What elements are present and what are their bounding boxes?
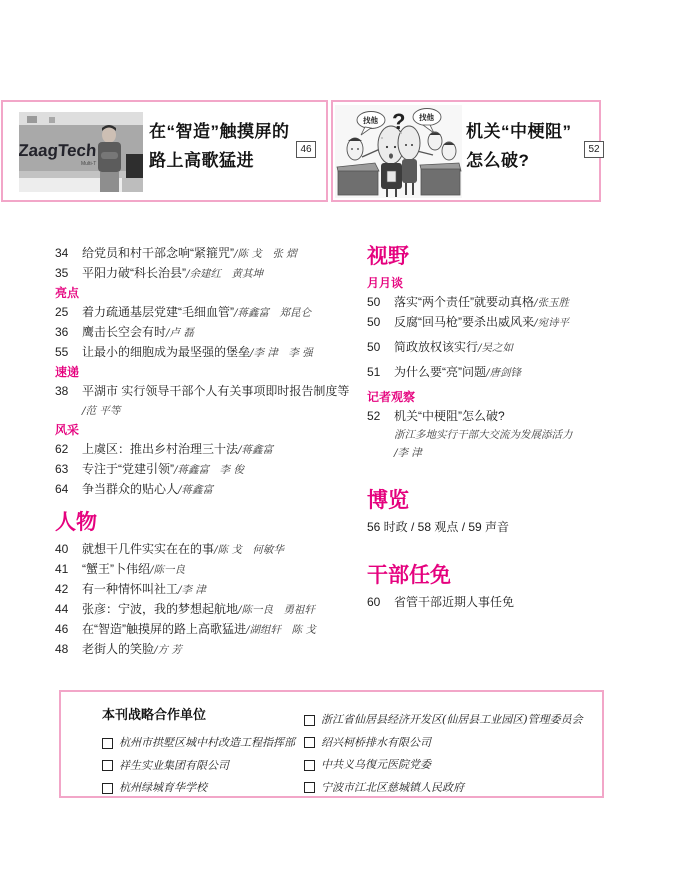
section-header-bolan: 博览 (367, 488, 603, 514)
item-title: 有一种情怀叫社工 (82, 582, 178, 596)
page-number-badge-52: 52 (584, 141, 604, 158)
toc-item-continuation: /范 平等 (55, 401, 361, 421)
item-title: 56 时政 / 58 观点 / 59 声音 (367, 520, 509, 534)
partner-name: 宁波市江北区慈城镇人民政府 (321, 777, 464, 800)
toc-item: 51 为什么要“亮”问题/唐剑锋 (367, 363, 603, 383)
item-authors: /陈一良 勇祖轩 (238, 604, 315, 616)
section-header-sudi: 速递 (55, 363, 361, 382)
section-header-renwu: 人物 (55, 510, 361, 536)
feature-cartoon-zhonggengzu: ? 找他 找他 (335, 105, 462, 198)
item-authors: /蒋鑫富 (178, 484, 213, 496)
feature-title-left-line1: 在“智造”触摸屏的 (149, 117, 290, 146)
partner-name: 祥生实业集团有限公司 (119, 755, 229, 778)
item-page-number: 36 (55, 323, 82, 342)
checkbox-icon (102, 783, 113, 794)
item-title: 省管干部近期人事任免 (394, 595, 514, 609)
partners-header: 本刊战略合作单位 (102, 704, 206, 723)
feature-box-right: ? 找他 找他 机关“中梗阻” 怎么破? 52 (331, 100, 601, 202)
partner-item: 绍兴柯桥排水有限公司 (304, 732, 583, 755)
toc-item: 50 反腐“回马枪”要杀出威风来/宛诗平 (367, 313, 603, 333)
item-authors: /宛诗平 (534, 317, 569, 329)
partner-item: 杭州市拱墅区城中村改造工程指挥部 (102, 732, 295, 755)
item-subtitle: 浙江多地实行干部大交流为发展添活力 (394, 426, 603, 444)
toc-item: 25 着力疏通基层党建“毛细血管”/蒋鑫富 郑昆仑 (55, 303, 361, 323)
checkbox-icon (304, 760, 315, 771)
toc-item: 62 上虞区：推出乡村治理三十法/蒋鑫富 (55, 440, 361, 460)
toc-item: 52 机关“中梗阻”怎么破? (367, 407, 603, 426)
feature-photo-zaagtech: ZaagTech Multi-T (19, 112, 143, 192)
toc-item: 60 省管干部近期人事任免 (367, 593, 603, 612)
toc-column-left: 34 给党员和村干部念响“紧箍咒”/陈 戈 张 熠 35 平阳力破“科长治县”/… (55, 244, 361, 660)
toc-column-right: 视野 月月谈 50 落实“两个责任”就要动真格/张玉胜 50 反腐“回马枪”要杀… (367, 244, 603, 612)
item-page-number: 62 (55, 440, 82, 459)
toc-item: 38 平湖市 实行领导干部个人有关事项即时报告制度等 (55, 382, 361, 401)
partner-item: 浙江省仙居县经济开发区(仙居县工业园区)管理委员会 (304, 709, 583, 732)
feature-title-right: 机关“中梗阻” 怎么破? (466, 117, 572, 175)
item-page-number: 35 (55, 264, 82, 283)
svg-text:找他: 找他 (419, 112, 434, 122)
section-header-shiye: 视野 (367, 244, 603, 270)
magazine-toc-page: ZaagTech Multi-T 在“智造”触摸屏的 路上高歌猛进 46 (0, 0, 683, 878)
item-page-number: 48 (55, 640, 82, 659)
toc-item: 56 时政 / 58 观点 / 59 声音 (367, 518, 603, 537)
item-page-number: 44 (55, 600, 82, 619)
item-authors: /蒋鑫富 李 俊 (174, 464, 244, 476)
item-page-number: 34 (55, 244, 82, 263)
item-authors: /陈一良 (150, 564, 185, 576)
item-title: 机关“中梗阻”怎么破? (394, 409, 505, 423)
item-title: 鹰击长空会有时 (82, 325, 166, 339)
item-title: 着力疏通基层党建“毛细血管” (82, 305, 234, 319)
partners-column-1: 杭州市拱墅区城中村改造工程指挥部 祥生实业集团有限公司 杭州绿城育华学校 (102, 732, 295, 800)
checkbox-icon (102, 760, 113, 771)
item-authors: /范 平等 (82, 405, 120, 417)
partner-item: 宁波市江北区慈城镇人民政府 (304, 777, 583, 800)
toc-item: 46 在“智造”触摸屏的路上高歌猛进/湖组轩 陈 戈 (55, 620, 361, 640)
partner-name: 杭州绿城育华学校 (119, 777, 207, 800)
item-page-number: 46 (55, 620, 82, 639)
toc-item: 50 简政放权该实行/吴之如 (367, 338, 603, 358)
item-title: 专注于“党建引领” (82, 462, 174, 476)
toc-item: 44 张彦：宁波，我的梦想起航地/陈一良 勇祖轩 (55, 600, 361, 620)
item-page-number: 50 (367, 313, 394, 332)
item-title: 反腐“回马枪”要杀出威风来 (394, 315, 534, 329)
section-header-liangdian: 亮点 (55, 284, 361, 303)
checkbox-icon (304, 715, 315, 726)
item-page-number: 42 (55, 580, 82, 599)
svg-text:找他: 找他 (363, 115, 378, 125)
item-title: 落实“两个责任”就要动真格 (394, 295, 534, 309)
partner-name: 浙江省仙居县经济开发区(仙居县工业园区)管理委员会 (321, 709, 583, 732)
partner-item: 杭州绿城育华学校 (102, 777, 295, 800)
partners-column-2: 浙江省仙居县经济开发区(仙居县工业园区)管理委员会 绍兴柯桥排水有限公司 中共义… (304, 709, 583, 799)
item-page-number: 63 (55, 460, 82, 479)
item-title: 张彦：宁波，我的梦想起航地 (82, 602, 238, 616)
checkbox-icon (304, 737, 315, 748)
toc-item: 55 让最小的细胞成为最坚强的堡垒/李 津 李 强 (55, 343, 361, 363)
item-page-number: 40 (55, 540, 82, 559)
item-title: 争当群众的贴心人 (82, 482, 178, 496)
partner-name: 绍兴柯桥排水有限公司 (321, 732, 431, 755)
item-title: 就想干几件实实在在的事 (82, 542, 214, 556)
toc-item: 64 争当群众的贴心人/蒋鑫富 (55, 480, 361, 500)
item-title: 上虞区：推出乡村治理三十法 (82, 442, 238, 456)
partner-item: 祥生实业集团有限公司 (102, 755, 295, 778)
item-title: 让最小的细胞成为最坚强的堡垒 (82, 345, 250, 359)
section-header-fengcai: 风采 (55, 421, 361, 440)
partner-item: 中共义乌復元医院党委 (304, 754, 583, 777)
checkbox-icon (102, 738, 113, 749)
toc-item: 42 有一种情怀叫社工/李 津 (55, 580, 361, 600)
section-header-ganburenmian: 干部任免 (367, 563, 603, 589)
item-authors: /张玉胜 (534, 297, 569, 309)
item-page-number: 50 (367, 293, 394, 312)
item-authors: /陈 戈 张 熠 (234, 248, 297, 260)
toc-item: 34 给党员和村干部念响“紧箍咒”/陈 戈 张 熠 (55, 244, 361, 264)
item-title: “蟹王”卜伟绍 (82, 562, 150, 576)
item-authors: /卢 磊 (166, 327, 194, 339)
item-authors: /方 芳 (154, 644, 182, 656)
item-page-number: 38 (55, 382, 82, 401)
item-authors: /唐剑锋 (486, 367, 521, 379)
feature-title-right-line2: 怎么破? (466, 146, 572, 175)
item-authors: /陈 戈 何敏华 (214, 544, 284, 556)
item-page-number: 41 (55, 560, 82, 579)
svg-text:ZaagTech: ZaagTech (19, 141, 97, 160)
feature-title-left: 在“智造”触摸屏的 路上高歌猛进 (149, 117, 290, 175)
svg-text:?: ? (392, 109, 405, 134)
partner-name: 杭州市拱墅区城中村改造工程指挥部 (119, 732, 295, 755)
partner-name: 中共义乌復元医院党委 (321, 754, 431, 777)
item-title: 在“智造”触摸屏的路上高歌猛进 (82, 622, 246, 636)
item-title: 简政放权该实行 (394, 340, 478, 354)
item-authors: /蒋鑫富 (238, 444, 273, 456)
toc-item: 41 “蟹王”卜伟绍/陈一良 (55, 560, 361, 580)
item-title: 给党员和村干部念响“紧箍咒” (82, 246, 234, 260)
page-number-badge-46: 46 (296, 141, 316, 158)
toc-item: 50 落实“两个责任”就要动真格/张玉胜 (367, 293, 603, 313)
item-authors: /蒋鑫富 郑昆仑 (234, 307, 311, 319)
feature-title-left-line2: 路上高歌猛进 (149, 146, 290, 175)
checkbox-icon (304, 782, 315, 793)
item-page-number: 55 (55, 343, 82, 362)
toc-item: 48 老街人的笑脸/方 芳 (55, 640, 361, 660)
item-authors: /李 津 (394, 444, 603, 462)
item-authors: /李 津 (178, 584, 206, 596)
item-title: 平湖市 实行领导干部个人有关事项即时报告制度等 (82, 384, 349, 398)
item-authors: /李 津 李 强 (250, 347, 313, 359)
item-title: 老街人的笑脸 (82, 642, 154, 656)
item-title: 为什么要“亮”问题 (394, 365, 486, 379)
toc-item: 40 就想干几件实实在在的事/陈 戈 何敏华 (55, 540, 361, 560)
item-title: 平阳力破“科长治县” (82, 266, 186, 280)
partners-box: 本刊战略合作单位 杭州市拱墅区城中村改造工程指挥部 祥生实业集团有限公司 杭州绿… (59, 690, 604, 798)
toc-item: 35 平阳力破“科长治县”/余建红 黄其坤 (55, 264, 361, 284)
item-page-number: 51 (367, 363, 394, 382)
item-authors: /湖组轩 陈 戈 (246, 624, 316, 636)
toc-item: 63 专注于“党建引领”/蒋鑫富 李 俊 (55, 460, 361, 480)
svg-text:Multi-T: Multi-T (81, 161, 96, 167)
feature-box-left: ZaagTech Multi-T 在“智造”触摸屏的 路上高歌猛进 46 (1, 100, 328, 202)
item-page-number: 60 (367, 593, 394, 612)
item-page-number: 64 (55, 480, 82, 499)
subsection-header-yueyuetan: 月月谈 (367, 274, 603, 293)
item-page-number: 25 (55, 303, 82, 322)
item-authors: /余建红 黄其坤 (186, 268, 263, 280)
feature-title-right-line1: 机关“中梗阻” (466, 117, 572, 146)
item-authors: /吴之如 (478, 342, 513, 354)
item-page-number: 52 (367, 407, 394, 426)
toc-item: 36 鹰击长空会有时/卢 磊 (55, 323, 361, 343)
subsection-header-jizheguancha: 记者观察 (367, 388, 603, 407)
item-page-number: 50 (367, 338, 394, 357)
